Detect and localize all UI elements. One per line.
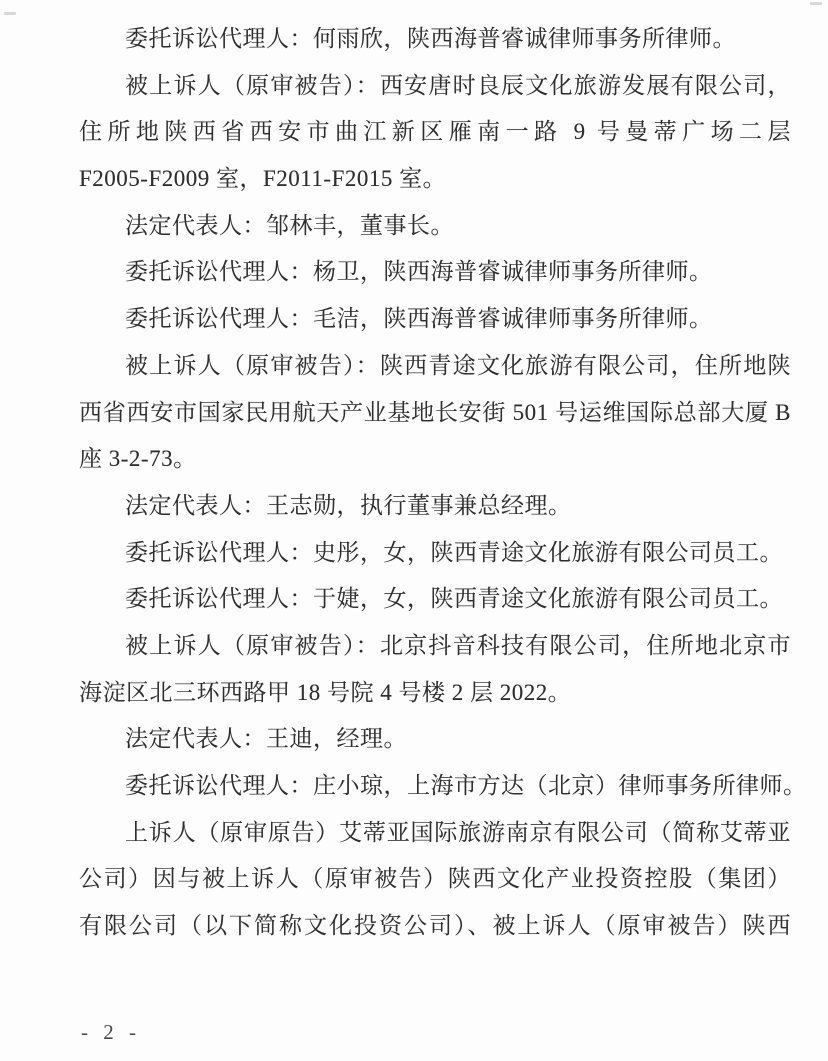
text-line: 上诉人（原审原告）艾蒂亚国际旅游南京有限公司（简称艾蒂亚 — [79, 810, 791, 857]
text-line: 座 3-2-73。 — [79, 436, 791, 483]
text-line: 公司）因与被上诉人（原审被告）陕西文化产业投资控股（集团） — [79, 856, 791, 903]
scan-artifact — [4, 12, 16, 15]
text-line: 委托诉讼代理人：何雨欣，陕西海普睿诚律师事务所律师。 — [79, 16, 791, 63]
text-line: 法定代表人：王迪，经理。 — [79, 716, 791, 763]
text-line: 委托诉讼代理人：于婕，女，陕西青途文化旅游有限公司员工。 — [79, 576, 791, 623]
text-line: 被上诉人（原审被告）：陕西青途文化旅游有限公司，住所地陕 — [79, 343, 791, 390]
text-line: 委托诉讼代理人：杨卫，陕西海普睿诚律师事务所律师。 — [79, 249, 791, 296]
text-line: F2005-F2009 室，F2011-F2015 室。 — [79, 156, 791, 203]
text-line: 被上诉人（原审被告）：西安唐时良辰文化旅游发展有限公司， — [79, 63, 791, 110]
text-line: 委托诉讼代理人：庄小琼，上海市方达（北京）律师事务所律师。 — [79, 763, 791, 810]
text-line: 被上诉人（原审被告）：北京抖音科技有限公司，住所地北京市 — [79, 623, 791, 670]
text-line: 委托诉讼代理人：毛洁，陕西海普睿诚律师事务所律师。 — [79, 296, 791, 343]
text-line: 法定代表人：邹林丰，董事长。 — [79, 203, 791, 250]
document-page: 委托诉讼代理人：何雨欣，陕西海普睿诚律师事务所律师。 被上诉人（原审被告）：西安… — [0, 0, 828, 1061]
page-number: - 2 - — [81, 1018, 141, 1046]
text-line: 委托诉讼代理人：史彤，女，陕西青途文化旅游有限公司员工。 — [79, 530, 791, 577]
scan-artifact — [810, 2, 822, 5]
text-line: 有限公司（以下简称文化投资公司）、被上诉人（原审被告）陕西 — [79, 903, 791, 950]
text-line: 法定代表人：王志勋，执行董事兼总经理。 — [79, 483, 791, 530]
text-line: 住所地陕西省西安市曲江新区雁南一路 9 号曼蒂广场二层 — [79, 109, 791, 156]
document-text-block: 委托诉讼代理人：何雨欣，陕西海普睿诚律师事务所律师。 被上诉人（原审被告）：西安… — [79, 16, 791, 950]
text-line: 西省西安市国家民用航天产业基地长安街 501 号运维国际总部大厦 B — [79, 390, 791, 437]
text-line: 海淀区北三环西路甲 18 号院 4 号楼 2 层 2022。 — [79, 670, 791, 717]
